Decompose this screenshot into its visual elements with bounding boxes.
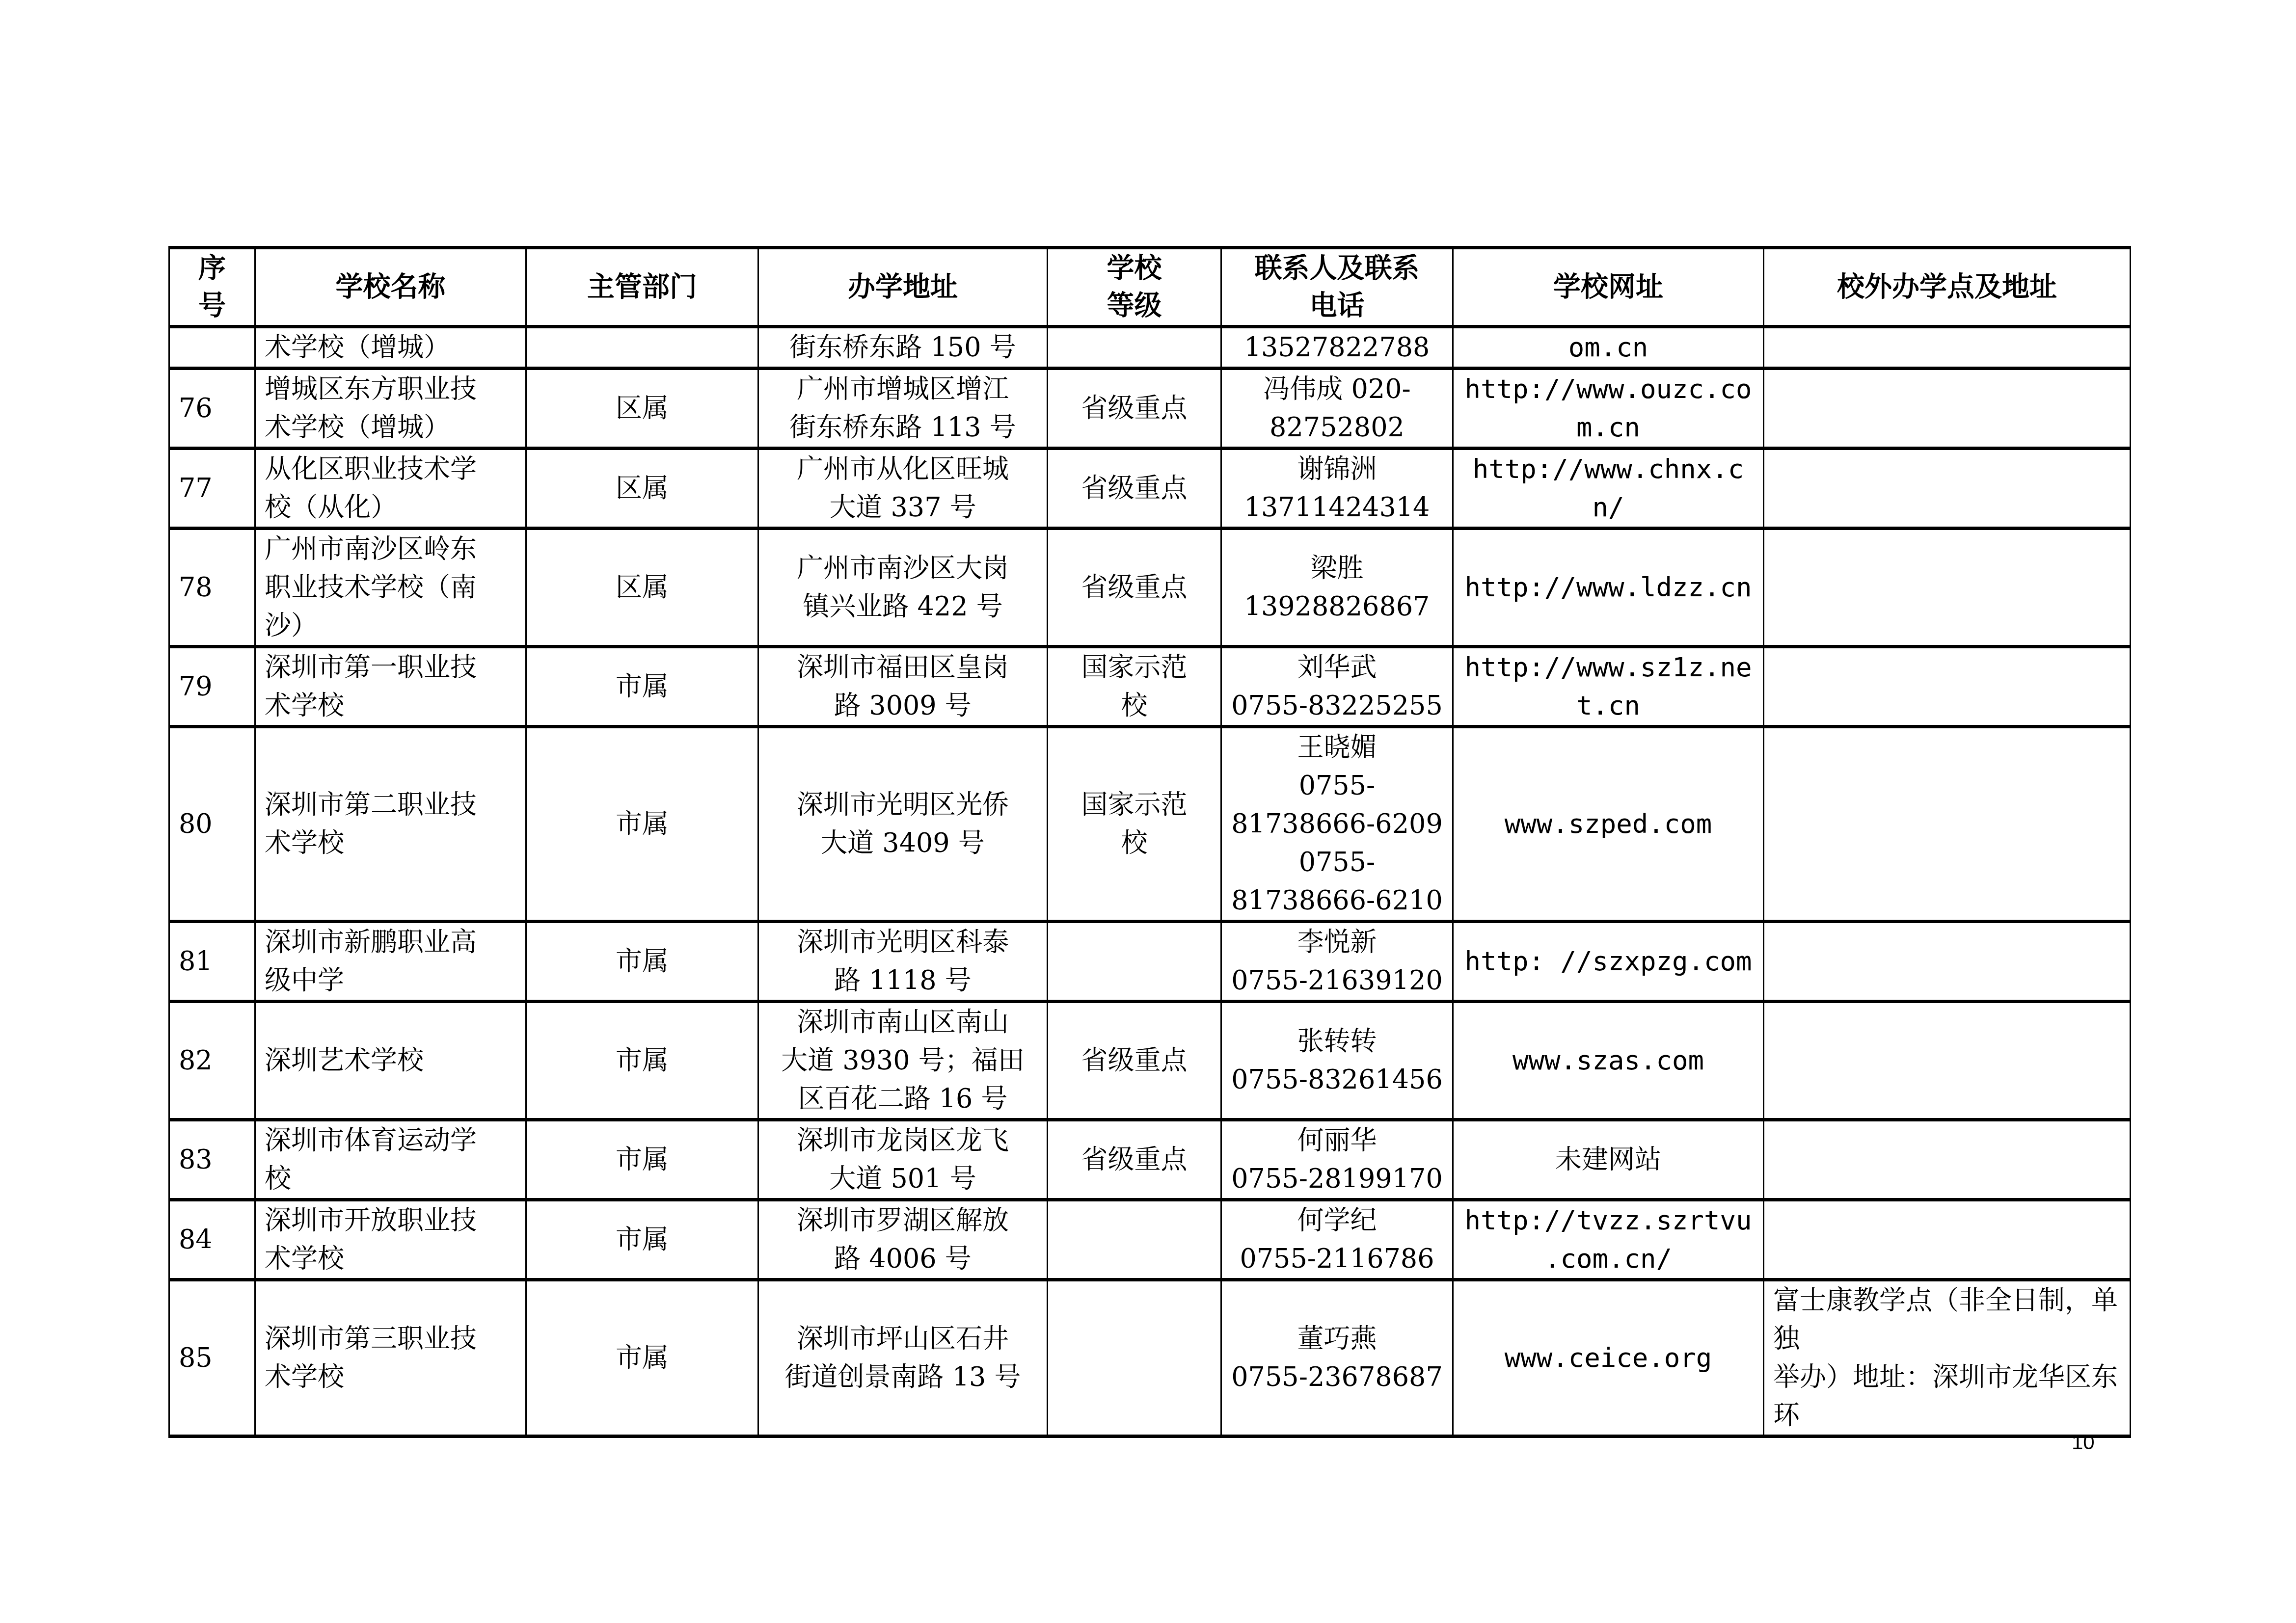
cell-branch [1764, 327, 2131, 369]
cell-line: 董巧燕 [1231, 1320, 1443, 1358]
cell-line: 省级重点 [1057, 568, 1212, 607]
table-row: 83深圳市体育运动学校市属深圳市龙岗区龙飞大道 501 号省级重点何丽华0755… [169, 1120, 2131, 1200]
cell-line: 级中学 [265, 961, 516, 1000]
cell-line: 从化区职业技术学 [265, 450, 516, 488]
cell-line: 81738666-6210 [1231, 881, 1443, 920]
cell-line: 0755- [1231, 767, 1443, 805]
cell-address: 深圳市罗湖区解放路 4006 号 [758, 1200, 1048, 1280]
header-text: 学校 [1057, 250, 1212, 287]
cell-address: 深圳市光明区科泰路 1118 号 [758, 922, 1048, 1002]
cell-line: 13711424314 [1231, 488, 1443, 527]
header-text: 电话 [1231, 287, 1443, 324]
cell-no: 85 [169, 1280, 255, 1437]
cell-website: om.cn [1453, 327, 1764, 369]
cell-website: 未建网站 [1453, 1120, 1764, 1200]
cell-line: 术学校 [265, 824, 516, 862]
cell-school-name: 术学校（增城） [255, 327, 526, 369]
cell-level: 省级重点 [1048, 1002, 1221, 1120]
cell-level [1048, 1280, 1221, 1437]
document-page: 序号学校名称主管部门办学地址学校等级联系人及联系电话学校网址校外办学点及地址 术… [0, 0, 2296, 1623]
cell-branch [1764, 727, 2131, 922]
header-text: 号 [179, 287, 245, 324]
cell-line: 深圳市龙岗区龙飞 [768, 1121, 1038, 1160]
cell-line: 0755-2116786 [1231, 1240, 1443, 1278]
cell-line: 谢锦洲 [1231, 450, 1443, 488]
cell-branch [1764, 647, 2131, 727]
cell-line: 深圳市坪山区石井 [768, 1320, 1038, 1358]
cell-department: 市属 [526, 1120, 758, 1200]
cell-line: m.cn [1462, 408, 1754, 447]
cell-address: 深圳市福田区皇岗路 3009 号 [758, 647, 1048, 727]
cell-contact: 梁胜13928826867 [1221, 529, 1453, 647]
cell-contact: 何丽华0755-28199170 [1221, 1120, 1453, 1200]
cell-line: 省级重点 [1057, 1041, 1212, 1080]
cell-website: http://www.sz1z.net.cn [1453, 647, 1764, 727]
header-text: 序 [179, 250, 245, 287]
cell-department: 市属 [526, 1280, 758, 1437]
cell-website: www.szped.com [1453, 727, 1764, 922]
cell-line: 大道 3409 号 [768, 824, 1038, 862]
cell-line: 0755-21639120 [1231, 961, 1443, 1000]
cell-no: 78 [169, 529, 255, 647]
cell-address: 深圳市光明区光侨大道 3409 号 [758, 727, 1048, 922]
cell-department: 市属 [526, 1002, 758, 1120]
cell-line: http://www.ouzc.co [1462, 370, 1754, 408]
cell-line: http://www.chnx.cn/ [1462, 450, 1754, 527]
cell-school-name: 深圳市体育运动学校 [255, 1120, 526, 1200]
cell-line: 广州市增城区增江 [768, 370, 1038, 408]
cell-line: 省级重点 [1057, 389, 1212, 427]
table-row: 80深圳市第二职业技术学校市属深圳市光明区光侨大道 3409 号国家示范校王晓媚… [169, 727, 2131, 922]
cell-school-name: 广州市南沙区岭东职业技术学校（南沙） [255, 529, 526, 647]
cell-line: 未建网站 [1462, 1141, 1754, 1179]
cell-line: 省级重点 [1057, 1141, 1212, 1179]
cell-no: 79 [169, 647, 255, 727]
cell-line: 0755- [1231, 843, 1443, 881]
cell-branch [1764, 1002, 2131, 1120]
cell-school-name: 深圳市第三职业技术学校 [255, 1280, 526, 1437]
cell-line: http://www.sz1z.ne [1462, 648, 1754, 687]
cell-level: 国家示范校 [1048, 647, 1221, 727]
school-table: 序号学校名称主管部门办学地址学校等级联系人及联系电话学校网址校外办学点及地址 术… [168, 246, 2131, 1438]
cell-line: 广州市南沙区大岗 [768, 549, 1038, 587]
cell-line: 深圳市体育运动学 [265, 1121, 516, 1160]
cell-website: http://www.ldzz.cn [1453, 529, 1764, 647]
cell-school-name: 深圳艺术学校 [255, 1002, 526, 1120]
cell-website: www.szas.com [1453, 1002, 1764, 1120]
header-text: 联系人及联系 [1231, 250, 1443, 287]
cell-department [526, 327, 758, 369]
cell-level: 省级重点 [1048, 529, 1221, 647]
cell-line: www.szas.com [1462, 1041, 1754, 1080]
cell-branch [1764, 922, 2131, 1002]
cell-website: http: //szxpzg.com [1453, 922, 1764, 1002]
cell-line: 术学校（增城） [265, 408, 516, 447]
cell-line: 术学校 [265, 1358, 516, 1396]
table-header-row: 序号学校名称主管部门办学地址学校等级联系人及联系电话学校网址校外办学点及地址 [169, 248, 2131, 327]
cell-line: 路 4006 号 [768, 1240, 1038, 1278]
cell-line: 13928826867 [1231, 587, 1443, 626]
cell-branch: 富士康教学点（非全日制，单独举办）地址：深圳市龙华区东环 [1764, 1280, 2131, 1437]
header-text: 学校网址 [1462, 268, 1754, 306]
cell-address: 街东桥东路 150 号 [758, 327, 1048, 369]
cell-line: 街东桥东路 150 号 [768, 328, 1038, 367]
cell-line: 深圳市光明区科泰 [768, 923, 1038, 961]
cell-line: http://tvzz.szrtvu [1462, 1201, 1754, 1240]
cell-address: 深圳市龙岗区龙飞大道 501 号 [758, 1120, 1048, 1200]
cell-line: 深圳艺术学校 [265, 1041, 516, 1080]
cell-department: 市属 [526, 1200, 758, 1280]
cell-line: 国家示范 [1057, 786, 1212, 824]
cell-level: 国家示范校 [1048, 727, 1221, 922]
cell-line: 何丽华 [1231, 1121, 1443, 1160]
cell-line: 0755-23678687 [1231, 1358, 1443, 1396]
cell-school-name: 从化区职业技术学校（从化） [255, 449, 526, 529]
cell-address: 深圳市坪山区石井街道创景南路 13 号 [758, 1280, 1048, 1437]
table-row: 84深圳市开放职业技术学校市属深圳市罗湖区解放路 4006 号何学纪0755-2… [169, 1200, 2131, 1280]
cell-line: 深圳市第三职业技 [265, 1320, 516, 1358]
cell-line: 举办）地址：深圳市龙华区东环 [1773, 1358, 2121, 1435]
cell-line: 0755-83225255 [1231, 687, 1443, 725]
cell-department: 市属 [526, 727, 758, 922]
cell-line: 街道创景南路 13 号 [768, 1358, 1038, 1396]
cell-school-name: 深圳市第二职业技术学校 [255, 727, 526, 922]
cell-level: 省级重点 [1048, 1120, 1221, 1200]
cell-line: 梁胜 [1231, 549, 1443, 587]
header-text: 办学地址 [768, 268, 1038, 306]
cell-line: 深圳市第一职业技 [265, 648, 516, 687]
cell-website: http://www.chnx.cn/ [1453, 449, 1764, 529]
cell-line: http: //szxpzg.com [1462, 942, 1754, 981]
cell-no: 84 [169, 1200, 255, 1280]
cell-line: .com.cn/ [1462, 1240, 1754, 1278]
cell-contact: 王晓媚0755-81738666-62090755-81738666-6210 [1221, 727, 1453, 922]
cell-department: 市属 [526, 647, 758, 727]
cell-department: 区属 [526, 449, 758, 529]
cell-contact: 谢锦洲13711424314 [1221, 449, 1453, 529]
cell-line: 0755-28199170 [1231, 1160, 1443, 1198]
cell-school-name: 深圳市第一职业技术学校 [255, 647, 526, 727]
cell-contact: 13527822788 [1221, 327, 1453, 369]
cell-no: 83 [169, 1120, 255, 1200]
cell-department: 区属 [526, 529, 758, 647]
cell-line: 大道 3930 号；福田 [768, 1041, 1038, 1080]
cell-line: 冯伟成 020- [1231, 370, 1443, 408]
cell-branch [1764, 369, 2131, 449]
cell-website: http://www.ouzc.com.cn [1453, 369, 1764, 449]
cell-no [169, 327, 255, 369]
cell-line: 职业技术学校（南 [265, 568, 516, 607]
header-level: 学校等级 [1048, 248, 1221, 327]
cell-line: 术学校（增城） [265, 328, 516, 367]
cell-address: 广州市南沙区大岗镇兴业路 422 号 [758, 529, 1048, 647]
cell-line: 大道 337 号 [768, 488, 1038, 527]
table-row: 81深圳市新鹏职业高级中学市属深圳市光明区科泰路 1118 号李悦新0755-2… [169, 922, 2131, 1002]
cell-line: 何学纪 [1231, 1201, 1443, 1240]
cell-branch [1764, 449, 2131, 529]
cell-line: 国家示范 [1057, 648, 1212, 687]
cell-line: 广州市南沙区岭东 [265, 530, 516, 568]
header-no: 序号 [169, 248, 255, 327]
cell-line: http://www.ldzz.cn [1462, 568, 1754, 607]
cell-line: www.ceice.org [1462, 1339, 1754, 1377]
cell-level [1048, 1200, 1221, 1280]
cell-department: 区属 [526, 369, 758, 449]
header-branch: 校外办学点及地址 [1764, 248, 2131, 327]
cell-line: 校 [265, 1160, 516, 1198]
cell-line: 李悦新 [1231, 923, 1443, 961]
cell-line: 术学校 [265, 687, 516, 725]
cell-line: 富士康教学点（非全日制，单独 [1773, 1281, 2121, 1358]
header-department: 主管部门 [526, 248, 758, 327]
cell-school-name: 深圳市开放职业技术学校 [255, 1200, 526, 1280]
cell-line: 深圳市新鹏职业高 [265, 923, 516, 961]
cell-branch [1764, 1200, 2131, 1280]
cell-branch [1764, 529, 2131, 647]
cell-line: 校（从化） [265, 488, 516, 527]
cell-line: 0755-83261456 [1231, 1061, 1443, 1099]
cell-contact: 董巧燕0755-23678687 [1221, 1280, 1453, 1437]
page-number: 10 [2072, 1431, 2095, 1454]
cell-line: 大道 501 号 [768, 1160, 1038, 1198]
table-body: 术学校（增城）街东桥东路 150 号13527822788om.cn76增城区东… [169, 327, 2131, 1437]
cell-department: 市属 [526, 922, 758, 1002]
table-row: 76增城区东方职业技术学校（增城）区属广州市增城区增江街东桥东路 113 号省级… [169, 369, 2131, 449]
cell-line: 深圳市光明区光侨 [768, 786, 1038, 824]
cell-level [1048, 922, 1221, 1002]
cell-line: 13527822788 [1231, 328, 1443, 367]
cell-line: 张转转 [1231, 1022, 1443, 1061]
header-text: 学校名称 [265, 268, 516, 306]
table-row: 85深圳市第三职业技术学校市属深圳市坪山区石井街道创景南路 13 号董巧燕075… [169, 1280, 2131, 1437]
table-row: 术学校（增城）街东桥东路 150 号13527822788om.cn [169, 327, 2131, 369]
cell-line: 深圳市罗湖区解放 [768, 1201, 1038, 1240]
cell-website: http://tvzz.szrtvu.com.cn/ [1453, 1200, 1764, 1280]
header-address: 办学地址 [758, 248, 1048, 327]
cell-contact: 何学纪0755-2116786 [1221, 1200, 1453, 1280]
cell-line: 王晓媚 [1231, 728, 1443, 767]
cell-contact: 冯伟成 020-82752802 [1221, 369, 1453, 449]
cell-line: 路 1118 号 [768, 961, 1038, 1000]
cell-line: 增城区东方职业技 [265, 370, 516, 408]
cell-no: 77 [169, 449, 255, 529]
table-row: 82深圳艺术学校市属深圳市南山区南山大道 3930 号；福田区百花二路 16 号… [169, 1002, 2131, 1120]
cell-line: 81738666-6209 [1231, 805, 1443, 843]
cell-address: 广州市从化区旺城大道 337 号 [758, 449, 1048, 529]
table-row: 77从化区职业技术学校（从化）区属广州市从化区旺城大道 337 号省级重点谢锦洲… [169, 449, 2131, 529]
cell-line: t.cn [1462, 687, 1754, 725]
cell-line: www.szped.com [1462, 805, 1754, 843]
header-text: 校外办学点及地址 [1773, 268, 2121, 306]
cell-line: om.cn [1462, 328, 1754, 367]
cell-branch [1764, 1120, 2131, 1200]
header-school-name: 学校名称 [255, 248, 526, 327]
cell-no: 76 [169, 369, 255, 449]
cell-line: 路 3009 号 [768, 687, 1038, 725]
cell-line: 深圳市开放职业技 [265, 1201, 516, 1240]
cell-line: 镇兴业路 422 号 [768, 587, 1038, 626]
cell-address: 广州市增城区增江街东桥东路 113 号 [758, 369, 1048, 449]
header-text: 主管部门 [536, 268, 749, 306]
cell-line: 广州市从化区旺城 [768, 450, 1038, 488]
table-row: 79深圳市第一职业技术学校市属深圳市福田区皇岗路 3009 号国家示范校刘华武0… [169, 647, 2131, 727]
cell-line: 校 [1057, 824, 1212, 862]
cell-line: 省级重点 [1057, 469, 1212, 507]
cell-line: 82752802 [1231, 408, 1443, 447]
cell-line: 深圳市第二职业技 [265, 786, 516, 824]
cell-line: 深圳市南山区南山 [768, 1003, 1038, 1041]
table-row: 78广州市南沙区岭东职业技术学校（南沙）区属广州市南沙区大岗镇兴业路 422 号… [169, 529, 2131, 647]
header-website: 学校网址 [1453, 248, 1764, 327]
cell-line: 区百花二路 16 号 [768, 1080, 1038, 1118]
cell-address: 深圳市南山区南山大道 3930 号；福田区百花二路 16 号 [758, 1002, 1048, 1120]
cell-line: 深圳市福田区皇岗 [768, 648, 1038, 687]
cell-website: www.ceice.org [1453, 1280, 1764, 1437]
cell-contact: 李悦新0755-21639120 [1221, 922, 1453, 1002]
cell-level: 省级重点 [1048, 369, 1221, 449]
cell-level [1048, 327, 1221, 369]
header-text: 等级 [1057, 287, 1212, 324]
header-contact: 联系人及联系电话 [1221, 248, 1453, 327]
cell-line: 沙） [265, 607, 516, 645]
cell-line: 术学校 [265, 1240, 516, 1278]
cell-line: 刘华武 [1231, 648, 1443, 687]
cell-school-name: 深圳市新鹏职业高级中学 [255, 922, 526, 1002]
cell-no: 81 [169, 922, 255, 1002]
cell-line: 街东桥东路 113 号 [768, 408, 1038, 447]
cell-line: 校 [1057, 687, 1212, 725]
cell-contact: 张转转0755-83261456 [1221, 1002, 1453, 1120]
cell-no: 80 [169, 727, 255, 922]
cell-school-name: 增城区东方职业技术学校（增城） [255, 369, 526, 449]
cell-level: 省级重点 [1048, 449, 1221, 529]
cell-contact: 刘华武0755-83225255 [1221, 647, 1453, 727]
cell-no: 82 [169, 1002, 255, 1120]
